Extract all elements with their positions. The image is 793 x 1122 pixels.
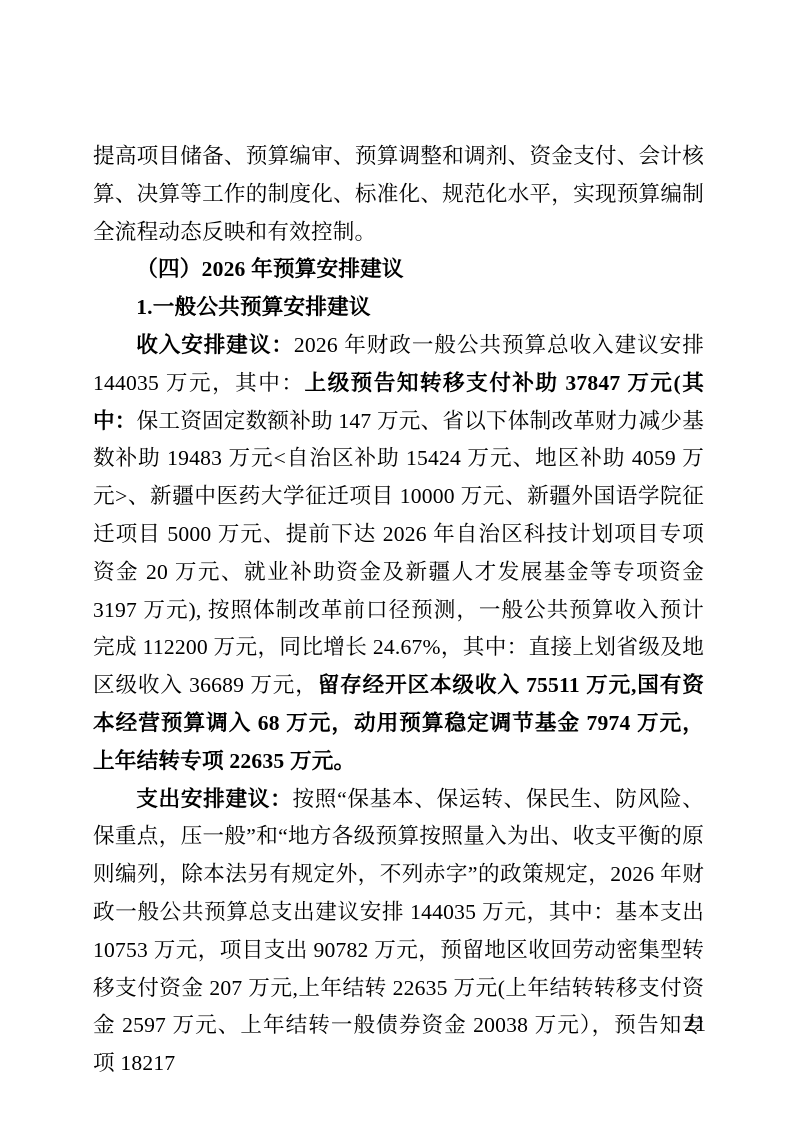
text-segment: 提高项目储备、预算编审、预算调整和调剂、资金支付、会计核算、决算等工作的制度化、…: [93, 144, 704, 244]
para-expenditure-proposal: 支出安排建议：按照“保基本、保运转、保民生、防风险、保重点，压一般”和“地方各级…: [93, 781, 704, 1083]
page-number: 21: [684, 1010, 706, 1038]
document-body: 提高项目储备、预算编审、预算调整和调剂、资金支付、会计核算、决算等工作的制度化、…: [93, 138, 704, 1083]
text-segment-bold: 支出安排建议：: [136, 787, 292, 811]
heading-section-4: （四）2026 年预算安排建议: [93, 251, 704, 289]
document-page: 提高项目储备、预算编审、预算调整和调剂、资金支付、会计核算、决算等工作的制度化、…: [0, 0, 793, 1122]
text-segment-bold: 收入安排建议：: [136, 333, 294, 357]
text-segment: 保工资固定数额补助 147 万元、省以下体制改革财力减少基数补助 19483 万…: [93, 409, 704, 698]
para-revenue-proposal: 收入安排建议：2026 年财政一般公共预算总收入建议安排 144035 万元，其…: [93, 327, 704, 781]
heading-general-public-budget: 1.一般公共预算安排建议: [93, 289, 704, 327]
text-segment-bold: （四）2026 年预算安排建议: [136, 257, 404, 281]
text-segment-bold: 1.一般公共预算安排建议: [136, 295, 371, 319]
para-budget-process-continuation: 提高项目储备、预算编审、预算调整和调剂、资金支付、会计核算、决算等工作的制度化、…: [93, 138, 704, 251]
text-segment: 按照“保基本、保运转、保民生、防风险、保重点，压一般”和“地方各级预算按照量入为…: [93, 787, 704, 1076]
